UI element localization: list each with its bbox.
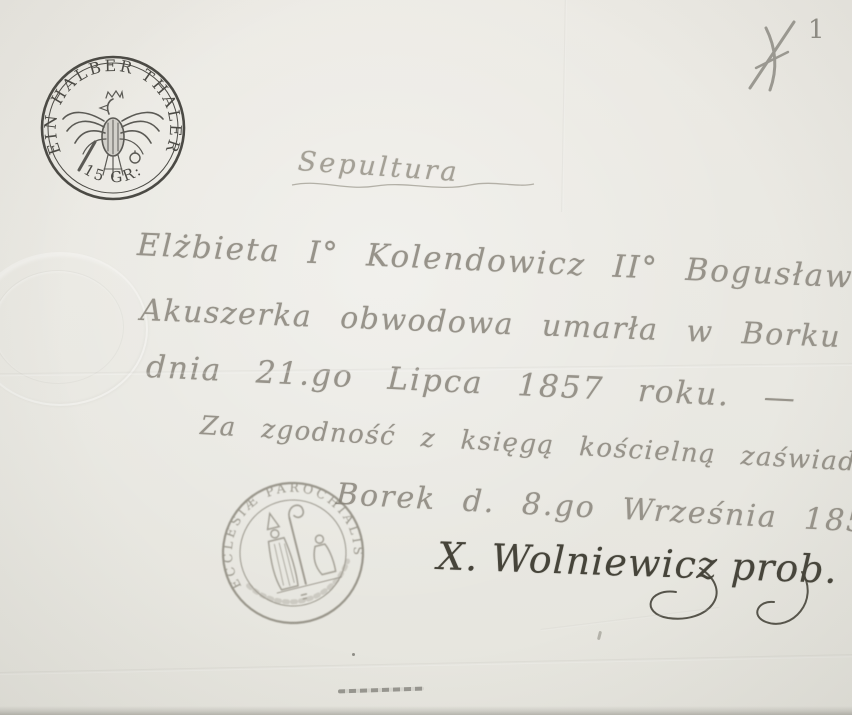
paper-crease bbox=[561, 0, 567, 212]
paper-bottom-edge bbox=[0, 706, 852, 715]
embossed-blind-seal bbox=[0, 252, 148, 406]
heading-underline bbox=[288, 176, 538, 196]
body-line: Akuszerka obwodowa umarła w Borku bbox=[140, 293, 842, 355]
embossed-blind-seal-ring bbox=[0, 270, 124, 384]
revenue-stamp: EIN HALBER THALER 15 GR: bbox=[38, 53, 188, 203]
pencil-corner-mark: 1 bbox=[742, 6, 852, 96]
corner-number: 1 bbox=[808, 15, 825, 45]
prussian-eagle-icon bbox=[63, 91, 163, 177]
signature-flourish bbox=[540, 566, 840, 646]
body-line: Za zgodność z księgą kościelną zaświadcz… bbox=[199, 411, 852, 482]
body-line: Elżbieta I° Kolendowicz II° Bogusławska bbox=[136, 227, 852, 298]
ink-smudge bbox=[338, 687, 424, 694]
body-line: Borek d. 8.go Września 1857 bbox=[335, 477, 852, 541]
paper-speck bbox=[352, 653, 355, 656]
scanned-document-page: EIN HALBER THALER 15 GR: 1 Sepultura Elż… bbox=[0, 0, 852, 715]
body-line: dnia 21.go Lipca 1857 roku. — bbox=[145, 349, 797, 417]
paper-crease bbox=[0, 654, 852, 675]
